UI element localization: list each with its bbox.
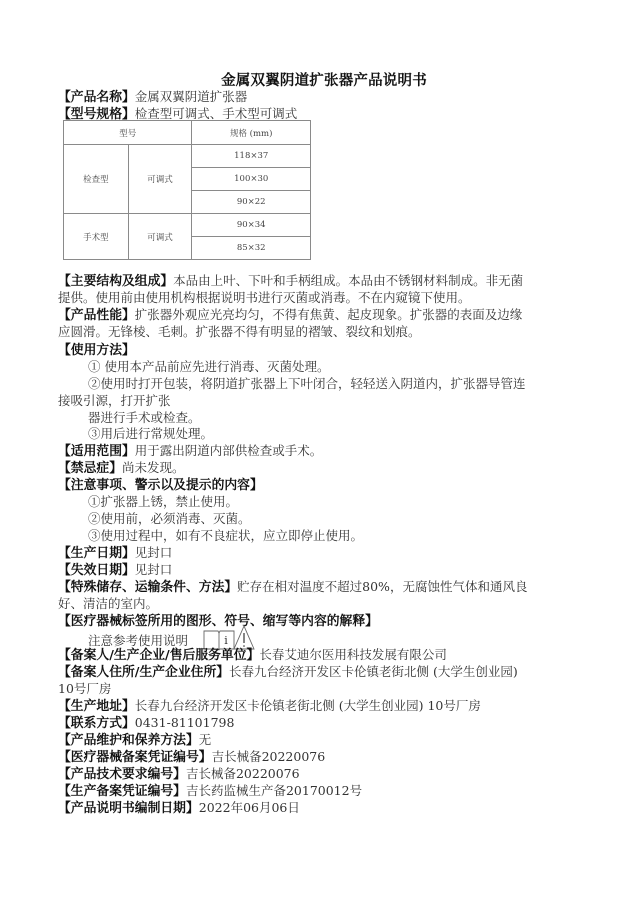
symbols-label-row: 【医疗器械标签所用的图形、符号、缩写等内容的解释】 bbox=[58, 612, 590, 630]
product-name-label: 【产品名称】 bbox=[58, 90, 135, 105]
compile-date-label: 【产品说明书编制日期】 bbox=[58, 801, 199, 816]
registrant-value: 长春艾迪尔医用科技发展有限公司 bbox=[259, 647, 447, 662]
performance-value: 扩张器外观应光亮均匀，不得有焦黄、起皮现象。扩张器的表面及边缘 bbox=[135, 307, 523, 322]
storage-row-cont: 好、清洁的室内。 bbox=[58, 595, 590, 612]
maintenance-label: 【产品维护和保养方法】 bbox=[58, 733, 199, 748]
production-date-value: 见封口 bbox=[135, 545, 173, 560]
type-cell: 手术型 bbox=[64, 214, 129, 260]
structure-value: 本品由上叶、下叶和手柄组成。本品由不锈钢材料制成。非无菌 bbox=[173, 273, 523, 288]
filing-cert-label: 【医疗器械备案凭证编号】 bbox=[58, 750, 212, 765]
mode-cell: 可调式 bbox=[128, 214, 192, 260]
registrant-address-label: 【备案人住所/生产企业住所】 bbox=[58, 665, 229, 680]
tech-req-value: 吉长械备20220076 bbox=[186, 766, 300, 781]
usage-step-cont: 接吸引源，打开扩张 bbox=[58, 392, 590, 409]
contraindications-row: 【禁忌症】尚未发现。 bbox=[58, 459, 590, 477]
spec-cell: 85×32 bbox=[192, 237, 311, 260]
contact-label: 【联系方式】 bbox=[58, 716, 135, 731]
usage-label: 【使用方法】 bbox=[58, 343, 135, 358]
tech-req-label: 【产品技术要求编号】 bbox=[58, 767, 186, 782]
warning-item: ②使用前，必须消毒、灭菌。 bbox=[58, 510, 620, 527]
registrant-row: 【备案人/生产企业/售后服务单位】长春艾迪尔医用科技发展有限公司 bbox=[58, 646, 590, 664]
filing-cert-value: 吉长械备20220076 bbox=[212, 749, 326, 764]
expiry-date-value: 见封口 bbox=[135, 562, 173, 577]
contact-value: 0431-81101798 bbox=[135, 715, 235, 730]
usage-step-cont: 器进行手术或检查。 bbox=[58, 409, 620, 426]
expiry-date-row: 【失效日期】见封口 bbox=[58, 561, 590, 579]
document-title: 金属双翼阴道扩张器产品说明书 bbox=[58, 69, 590, 90]
header-spec: 规格 (mm) bbox=[192, 121, 311, 145]
warning-item: ①扩张器上锈，禁止使用。 bbox=[58, 493, 620, 510]
production-address-value: 长春九台经济开发区卡伦镇老街北侧 (大学生创业园) 10号厂房 bbox=[135, 698, 481, 713]
scope-row: 【适用范围】用于露出阴道内部供检查或手术。 bbox=[58, 442, 590, 460]
usage-step: ① 使用本产品前应先进行消毒、灭菌处理。 bbox=[58, 358, 620, 375]
model-spec-value: 检查型可调式、手术型可调式 bbox=[135, 106, 298, 121]
performance-row: 【产品性能】扩张器外观应光亮均匀，不得有焦黄、起皮现象。扩张器的表面及边缘 bbox=[58, 306, 590, 324]
type-cell: 检查型 bbox=[64, 145, 129, 214]
table-row: 手术型 可调式 90×34 bbox=[64, 214, 311, 237]
usage-step: ③用后进行常规处理。 bbox=[58, 425, 620, 442]
structure-row-cont: 提供。使用前由使用机构根据说明书进行灭菌或消毒。不在内窥镜下使用。 bbox=[58, 289, 590, 306]
warnings-label-row: 【注意事项、警示以及提示的内容】 bbox=[58, 476, 590, 494]
production-date-label: 【生产日期】 bbox=[58, 546, 135, 561]
registrant-address-row: 【备案人住所/生产企业住所】长春九台经济开发区卡伦镇老街北侧 (大学生创业园) bbox=[58, 663, 590, 681]
registrant-address-cont: 10号厂房 bbox=[58, 680, 590, 697]
performance-label: 【产品性能】 bbox=[58, 308, 135, 323]
table-row: 检查型 可调式 118×37 bbox=[64, 145, 311, 168]
maintenance-row: 【产品维护和保养方法】无 bbox=[58, 731, 590, 749]
contraindications-value: 尚未发现。 bbox=[122, 460, 185, 475]
production-date-row: 【生产日期】见封口 bbox=[58, 544, 590, 562]
warning-item: ③使用过程中，如有不良症状，应立即停止使用。 bbox=[58, 527, 620, 544]
header-type: 型号 bbox=[64, 121, 192, 145]
storage-label: 【特殊储存、运输条件、方法】 bbox=[58, 580, 237, 595]
tech-req-row: 【产品技术要求编号】吉长械备20220076 bbox=[58, 765, 590, 783]
usage-step: ②使用时打开包装，将阴道扩张器上下叶闭合，轻轻送入阴道内，扩张器导管连 bbox=[58, 375, 620, 392]
contraindications-label: 【禁忌症】 bbox=[58, 461, 122, 476]
storage-value: 贮存在相对温度不超过80%，无腐蚀性气体和通风良 bbox=[237, 579, 527, 594]
compile-date-row: 【产品说明书编制日期】2022年06月06日 bbox=[58, 799, 590, 817]
maintenance-value: 无 bbox=[199, 732, 212, 747]
production-address-row: 【生产地址】长春九台经济开发区卡伦镇老街北侧 (大学生创业园) 10号厂房 bbox=[58, 697, 590, 715]
mode-cell: 可调式 bbox=[128, 145, 192, 214]
production-address-label: 【生产地址】 bbox=[58, 699, 135, 714]
filing-cert-row: 【医疗器械备案凭证编号】吉长械备20220076 bbox=[58, 748, 590, 766]
scope-value: 用于露出阴道内部供检查或手术。 bbox=[135, 443, 323, 458]
scope-label: 【适用范围】 bbox=[58, 444, 135, 459]
storage-row: 【特殊储存、运输条件、方法】贮存在相对温度不超过80%，无腐蚀性气体和通风良 bbox=[58, 578, 590, 596]
prod-filing-row: 【生产备案凭证编号】吉长药监械生产备20170012号 bbox=[58, 782, 590, 800]
structure-label: 【主要结构及组成】 bbox=[58, 274, 173, 289]
spec-cell: 118×37 bbox=[192, 145, 311, 168]
structure-row: 【主要结构及组成】本品由上叶、下叶和手柄组成。本品由不锈钢材料制成。非无菌 bbox=[58, 272, 590, 290]
prod-filing-label: 【生产备案凭证编号】 bbox=[58, 784, 186, 799]
usage-label-row: 【使用方法】 bbox=[58, 341, 590, 359]
performance-row-cont: 应圆滑。无锋棱、毛刺。扩张器不得有明显的褶皱、裂纹和划痕。 bbox=[58, 323, 590, 340]
prod-filing-value: 吉长药监械生产备20170012号 bbox=[186, 783, 362, 798]
registrant-address-value: 长春九台经济开发区卡伦镇老街北侧 (大学生创业园) bbox=[229, 664, 518, 679]
warnings-label: 【注意事项、警示以及提示的内容】 bbox=[58, 478, 263, 493]
spec-cell: 90×22 bbox=[192, 191, 311, 214]
contact-row: 【联系方式】0431-81101798 bbox=[58, 714, 590, 732]
product-name-row: 【产品名称】金属双翼阴道扩张器 bbox=[58, 88, 590, 106]
spec-cell: 100×30 bbox=[192, 168, 311, 191]
product-name-value: 金属双翼阴道扩张器 bbox=[135, 89, 248, 104]
spec-cell: 90×34 bbox=[192, 214, 311, 237]
expiry-date-label: 【失效日期】 bbox=[58, 563, 135, 578]
registrant-label: 【备案人/生产企业/售后服务单位】 bbox=[58, 648, 259, 663]
table-header-row: 型号 规格 (mm) bbox=[64, 121, 311, 145]
compile-date-value: 2022年06月06日 bbox=[199, 800, 300, 815]
spec-table: 型号 规格 (mm) 检查型 可调式 118×37 100×30 90×22 手… bbox=[63, 120, 311, 260]
